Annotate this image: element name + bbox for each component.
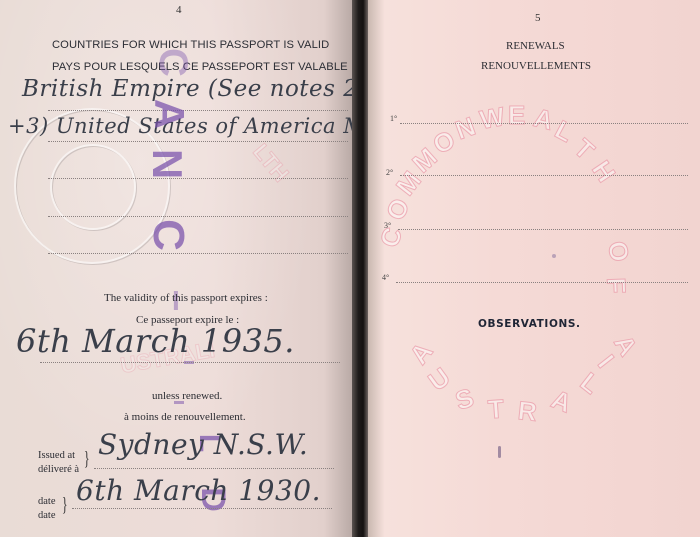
ink-speck	[552, 254, 556, 258]
page-number: 5	[535, 12, 541, 24]
expiry-date-handwritten: 6th March 1935.	[16, 322, 295, 360]
renewal-line-2	[400, 175, 688, 176]
renewal-line-3-label: 3°	[384, 221, 391, 230]
unless-renewed-fr: à moins de renouvellement.	[124, 411, 246, 423]
validity-label-en: The validity of this passport expires :	[104, 292, 268, 304]
brace: }	[84, 448, 90, 471]
dotted-line	[94, 468, 334, 469]
renewals-heading-fr: RENOUVELLEMENTS	[481, 60, 591, 72]
observations-heading: OBSERVATIONS.	[478, 318, 581, 330]
issued-at-label-fr: déliveré à	[38, 464, 79, 475]
renewal-line-1	[400, 123, 688, 124]
issued-at-label-en: Issued at	[38, 450, 75, 461]
ink-speck	[498, 446, 501, 458]
passport-page-4: 4 LTH USTRALI COUNTRIES FOR WHICH THIS P…	[0, 0, 352, 537]
unless-renewed-en: unless renewed.	[152, 390, 222, 402]
page-number: 4	[176, 4, 182, 16]
renewal-line-4	[396, 282, 688, 283]
issue-date-handwritten: 6th March 1930.	[76, 474, 321, 507]
renewal-line-2-label: 2°	[386, 168, 393, 177]
renewal-line-4-label: 4°	[382, 273, 389, 282]
renewals-heading-en: RENEWALS	[506, 40, 565, 52]
brace: }	[62, 494, 68, 517]
date-label-en: date	[38, 496, 56, 507]
book-gutter	[352, 0, 368, 537]
dotted-line	[40, 362, 340, 363]
embossed-seal-inner	[50, 144, 136, 230]
dotted-line	[72, 508, 332, 509]
date-label-fr: date	[38, 510, 56, 521]
renewal-line-3	[398, 229, 688, 230]
renewal-line-1-label: 1°	[390, 114, 397, 123]
passport-page-5: 5 C O M M O N W E A L T H O F A U S T R …	[368, 0, 700, 537]
issued-at-handwritten: Sydney N.S.W.	[98, 428, 308, 461]
watermark-fragment: LTH	[247, 139, 293, 187]
